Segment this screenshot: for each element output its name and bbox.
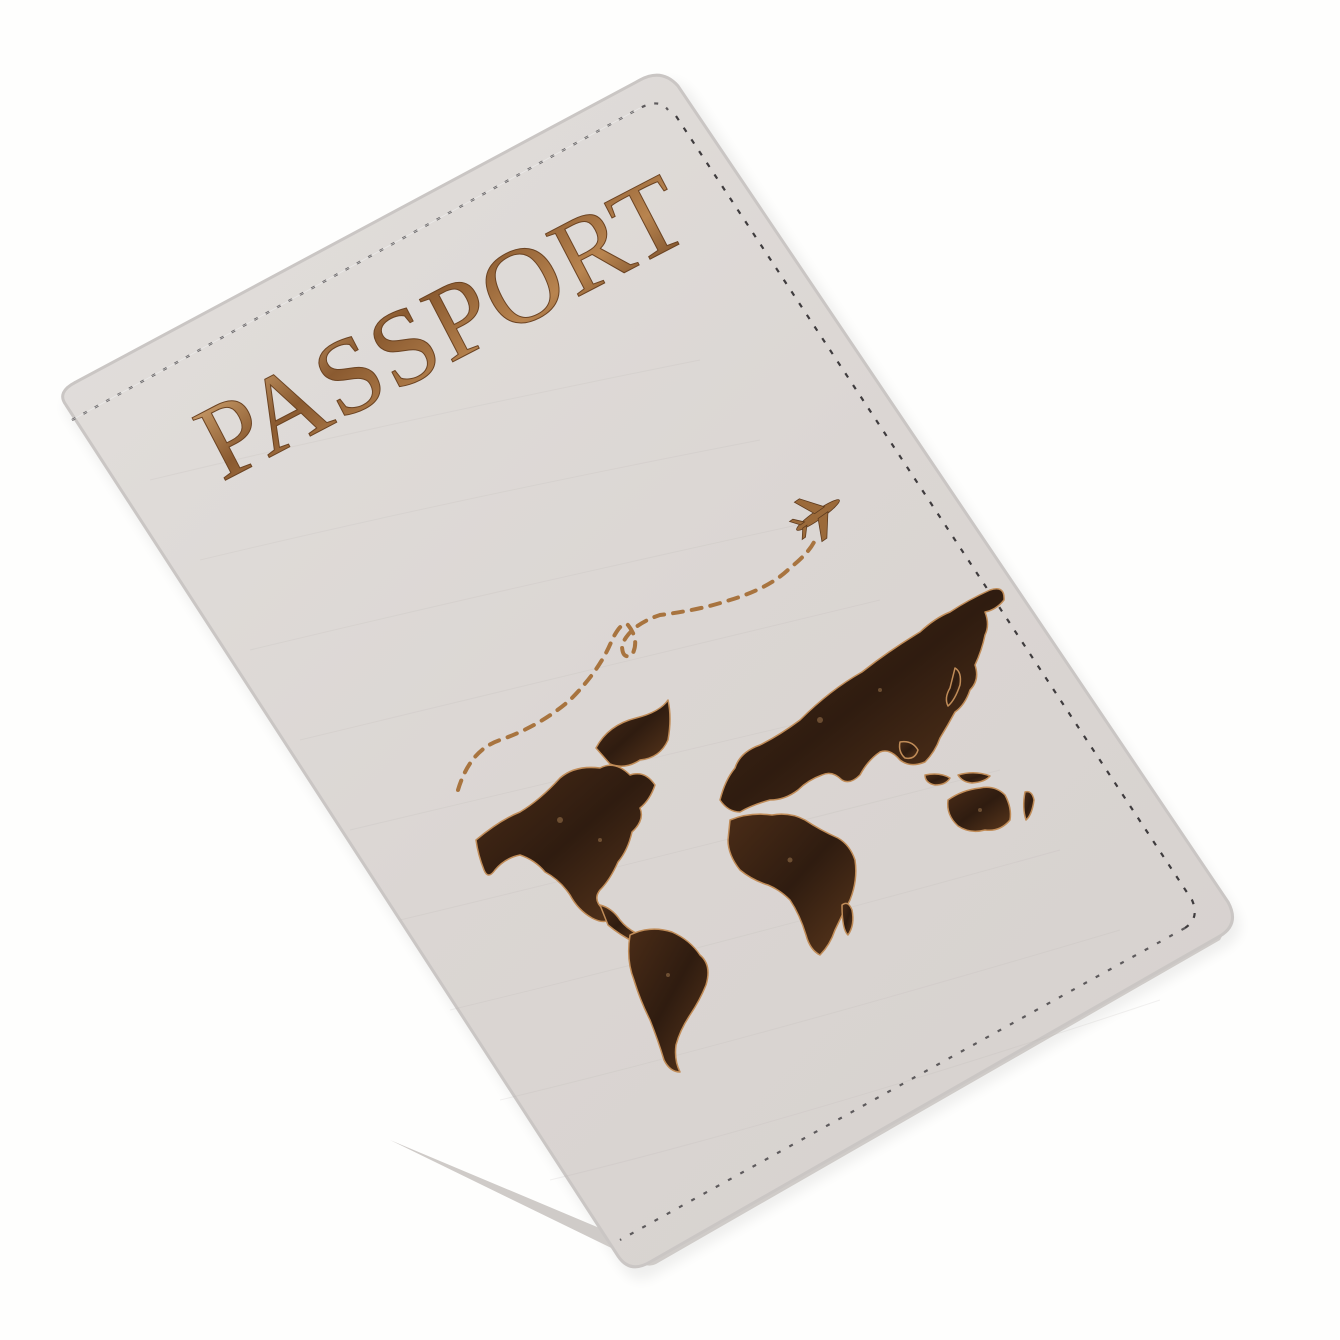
passport-cover-illustration: PASSPORT [0, 0, 1340, 1340]
product-photo: Passport cover [0, 0, 1340, 1340]
